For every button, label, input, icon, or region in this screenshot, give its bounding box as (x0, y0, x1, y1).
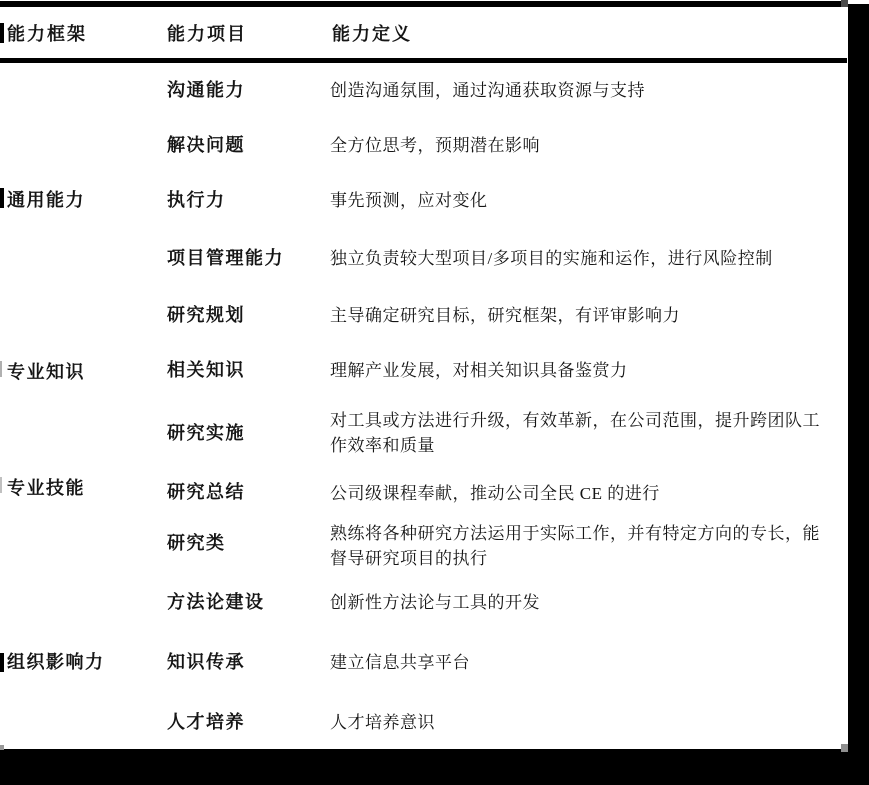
bottom-left-corner-shadow (0, 745, 4, 750)
row-definition: 独立负责较大型项目/多项目的实施和运作，进行风险控制 (330, 246, 835, 271)
row-definition: 创造沟通氛围，通过沟通获取资源与支持 (330, 78, 835, 103)
row-definition: 公司级课程奉献，推动公司全民 CE 的进行 (330, 481, 835, 506)
row-definition: 全方位思考，预期潜在影响 (330, 133, 835, 158)
row-item: 相关知识 (167, 358, 245, 382)
row-item: 人才培养 (167, 710, 245, 734)
table-document: 能力框架 能力项目 能力定义 通用能力 专业知识 专业技能 组织影响力 沟通能力… (0, 0, 869, 785)
row-definition: 建立信息共享平台 (330, 650, 835, 675)
row-definition: 主导确定研究目标，研究框架，有评审影响力 (330, 303, 835, 328)
row-item: 解决问题 (167, 133, 245, 157)
row-item: 项目管理能力 (167, 246, 284, 270)
category-label-knowledge: 专业知识 (7, 360, 85, 384)
right-edge-shadow (848, 4, 869, 785)
row-item: 方法论建设 (167, 590, 265, 614)
row-item: 研究规划 (167, 303, 245, 327)
left-edge-fragment (0, 188, 4, 208)
header-separator-line (0, 58, 847, 63)
row-item: 研究总结 (167, 480, 245, 504)
bottom-right-corner-shadow (841, 744, 848, 752)
row-definition: 人才培养意识 (330, 710, 835, 735)
top-right-corner-shadow (841, 0, 848, 7)
row-item: 研究类 (167, 531, 226, 555)
row-item: 研究实施 (167, 421, 245, 445)
row-definition: 熟练将各种研究方法运用于实际工作，并有特定方向的专长，能督导研究项目的执行 (330, 521, 835, 571)
table-top-border (0, 1, 847, 7)
category-label-skill: 专业技能 (7, 476, 85, 500)
row-definition: 事先预测，应对变化 (330, 188, 835, 213)
row-item: 执行力 (167, 188, 226, 212)
row-item: 沟通能力 (167, 78, 245, 102)
table-bottom-border (0, 749, 869, 785)
category-label-general: 通用能力 (7, 188, 85, 212)
row-item: 知识传承 (167, 650, 245, 674)
left-edge-fragment (0, 361, 2, 377)
row-definition: 对工具或方法进行升级，有效革新，在公司范围，提升跨团队工作效率和质量 (330, 408, 835, 458)
left-edge-fragment (0, 23, 4, 43)
left-edge-fragment (0, 477, 2, 493)
row-definition: 创新性方法论与工具的开发 (330, 590, 835, 615)
left-edge-fragment (0, 653, 4, 672)
category-label-org-influence: 组织影响力 (7, 650, 105, 674)
column-header-item: 能力项目 (167, 22, 247, 46)
row-definition: 理解产业发展，对相关知识具备鉴赏力 (330, 358, 835, 383)
column-header-framework: 能力框架 (7, 22, 87, 46)
column-header-definition: 能力定义 (332, 22, 412, 46)
